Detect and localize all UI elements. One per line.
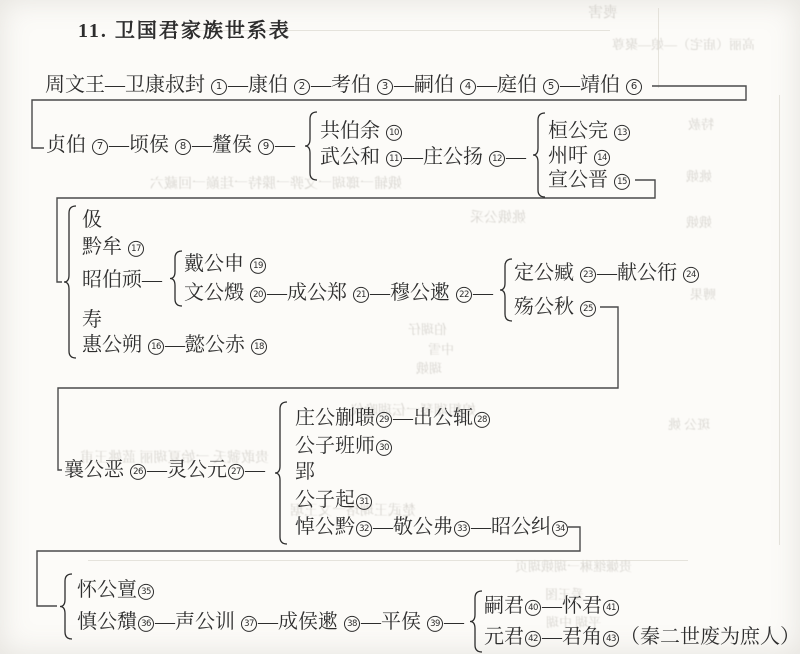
bleedthrough-text: 姚娥公采 <box>470 212 526 226</box>
circled-generation-number: 3 <box>377 79 393 95</box>
circled-generation-number: 41 <box>603 600 619 616</box>
lineage-text-daigongshen: 戴公申 19 <box>184 254 267 274</box>
circled-generation-number: 36 <box>138 616 154 632</box>
lineage-text-daogongqian-line: 悼公黔32—敬公弗33—昭公纠34 <box>295 517 569 537</box>
lineage-text-qianmou: 黔牟 17 <box>82 237 145 257</box>
bleedthrough-text: 瑚娥 <box>416 362 442 375</box>
circled-generation-number: 13 <box>614 125 630 141</box>
circled-generation-number: 33 <box>454 521 470 537</box>
circled-generation-number: 21 <box>353 287 369 303</box>
lineage-text-gongzibanshi: 公子班师30 <box>295 436 393 456</box>
circled-generation-number: 12 <box>489 151 505 167</box>
bleedthrough-text: 贵嫌继琳一瑚娥瑚页 <box>515 560 632 573</box>
circled-generation-number: 20 <box>250 287 266 303</box>
circled-generation-number: 7 <box>92 139 108 155</box>
circled-generation-number: 30 <box>376 440 392 456</box>
lineage-text-xianggonge-line: 襄公恶 26—灵公元27— <box>64 460 265 480</box>
circled-generation-number: 8 <box>175 139 191 155</box>
circled-generation-number: 6 <box>626 79 642 95</box>
circled-generation-number: 34 <box>552 521 568 537</box>
bleedthrough-text: 特赦 <box>688 118 714 131</box>
circled-generation-number: 14 <box>594 150 610 166</box>
circled-generation-number: 22 <box>456 287 472 303</box>
circled-generation-number: 27 <box>228 464 244 480</box>
lineage-text-dinggongzang-line: 定公臧 23—献公衎 24 <box>514 263 700 283</box>
circled-generation-number: 9 <box>258 139 274 155</box>
bleedthrough-text: 中雪 <box>428 343 454 356</box>
circled-generation-number: 15 <box>614 174 630 190</box>
bleedthrough-text: 娥辅一瑯瑚一文骅一榺特一珪巅一回藏六 <box>150 178 402 192</box>
circled-generation-number: 11 <box>386 151 402 167</box>
lineage-text-zhuanggong-line: 庄公蒯聩29—出公辄28 <box>295 408 491 428</box>
circled-generation-number: 2 <box>294 79 310 95</box>
circled-generation-number: 23 <box>580 267 596 283</box>
circled-generation-number: 25 <box>580 301 596 317</box>
bleedthrough-rule <box>779 95 780 545</box>
circled-generation-number: 43 <box>603 631 619 647</box>
lineage-text-shou: 寿 <box>82 310 102 330</box>
bleedthrough-text: 娥娥 <box>686 216 712 229</box>
circled-generation-number: 18 <box>251 339 267 355</box>
lineage-text-huaigongdan: 怀公亶35 <box>77 580 155 600</box>
circled-generation-number: 42 <box>525 631 541 647</box>
circled-generation-number: 38 <box>344 616 360 632</box>
circled-generation-number: 1 <box>211 79 227 95</box>
bleedthrough-text: 姚娥 <box>686 170 712 183</box>
circled-generation-number: 32 <box>356 521 372 537</box>
circled-generation-number: 16 <box>148 339 164 355</box>
circled-generation-number: 37 <box>241 616 257 632</box>
bleedthrough-text: 高丽（庙宅）—娘—聚尊 <box>612 38 755 51</box>
bleedthrough-text: 伯瑚仔 <box>408 323 447 336</box>
lineage-text-ji: 伋 <box>82 210 102 230</box>
bleedthrough-text: 喪害 <box>588 6 618 21</box>
lineage-text-ying: 郢 <box>295 462 315 482</box>
lineage-text-wengonghui-line: 文公燬 20—成公郑 21—穆公遬 22— <box>184 283 493 303</box>
lineage-text-wugonghe-line: 武公和 11—庄公扬 12— <box>320 147 526 167</box>
lineage-text-shengongtui-line: 慎公穨36—声公训 37—成侯遬 38—平侯 39— <box>77 612 464 632</box>
circled-generation-number: 24 <box>683 267 699 283</box>
circled-generation-number: 35 <box>138 584 154 600</box>
circled-generation-number: 5 <box>543 79 559 95</box>
bleedthrough-text: 斑公 姚 <box>668 418 710 431</box>
lineage-text-huangongwan: 桓公完 13 <box>548 121 631 141</box>
lineage-text-yuanjun-line: 元君42—君角43（秦二世废为庶人） <box>484 627 800 647</box>
bleedthrough-rule <box>88 560 688 561</box>
circled-generation-number: 40 <box>525 600 541 616</box>
lineage-text-gongboyu: 共伯余 10 <box>320 121 403 141</box>
circled-generation-number: 10 <box>386 125 402 141</box>
scanned-book-page: 喪害高丽（庙宅）—娘—聚尊特赦姚娥娥辅一瑯瑚一文骅一榺特一珪巅一回藏六姚娥公采娥… <box>0 0 800 654</box>
circled-generation-number: 17 <box>128 241 144 257</box>
lineage-text-huigongshuo-line: 惠公朔 16—懿公赤 18 <box>82 335 268 355</box>
circled-generation-number: 19 <box>250 258 266 274</box>
bleedthrough-text: 赙果 <box>690 288 716 301</box>
lineage-text-gongziqi: 公子起31 <box>295 490 373 510</box>
lineage-text-zhenbo-line: 贞伯 7—顷侯 8—釐侯 9— <box>46 135 295 155</box>
lineage-text-xuangongjin: 宣公晋 15 <box>548 170 631 190</box>
lineage-text-zhou-wenwang-line: 周文王—卫康叔封 1—康伯 2—考伯 3—嗣伯 4—庭伯 5—靖伯 6 <box>45 75 643 95</box>
circled-generation-number: 4 <box>460 79 476 95</box>
circled-generation-number: 29 <box>376 412 392 428</box>
bleedthrough-layer: 喪害高丽（庙宅）—娘—聚尊特赦姚娥娥辅一瑯瑚一文骅一榺特一珪巅一回藏六姚娥公采娥… <box>0 0 800 654</box>
lineage-text-shanggongqiu: 殇公秋 25 <box>514 297 597 317</box>
circled-generation-number: 39 <box>427 616 443 632</box>
page-title: 11. 卫国君家族世系表 <box>78 14 291 43</box>
circled-generation-number: 28 <box>474 412 490 428</box>
bleedthrough-rule <box>658 8 659 88</box>
lineage-text-zhouxu: 州吁 14 <box>548 146 611 166</box>
lineage-text-zhaobowan: 昭伯顽— <box>82 270 162 290</box>
circled-generation-number: 26 <box>130 464 146 480</box>
circled-generation-number: 31 <box>356 494 372 510</box>
lineage-text-sijun-line: 嗣君40—怀君41 <box>484 596 620 616</box>
